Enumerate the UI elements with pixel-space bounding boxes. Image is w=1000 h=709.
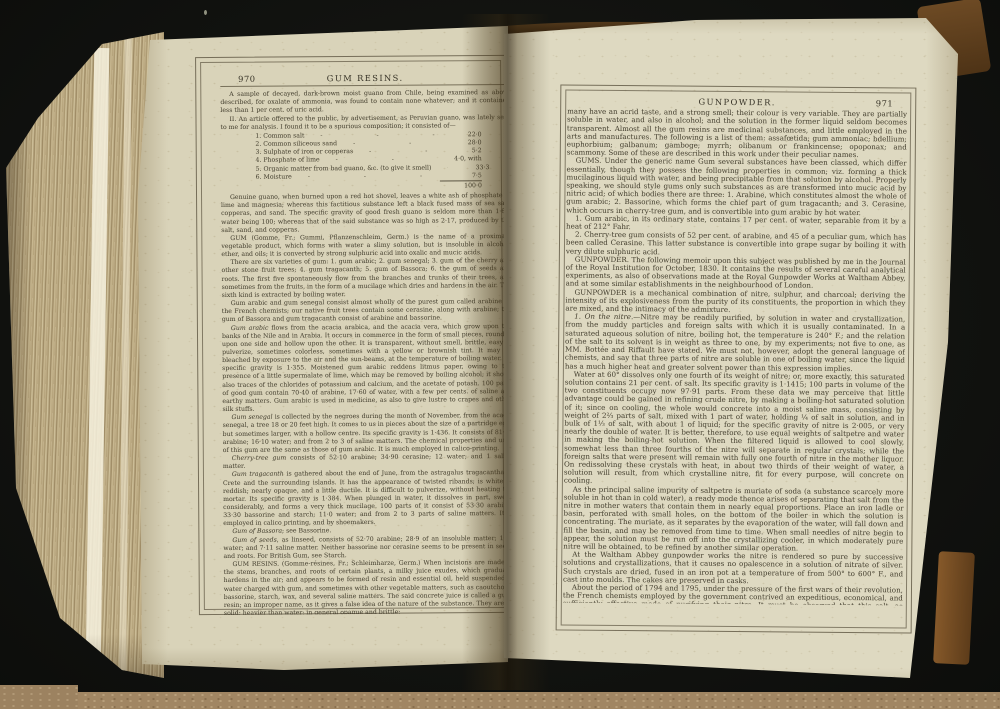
paragraph: A sample of decayed, dark-brown moist gu… bbox=[220, 89, 510, 115]
table-surface bbox=[0, 692, 1000, 709]
paragraph: GUNPOWDER. The following memoir upon thi… bbox=[566, 255, 906, 291]
dust-speck bbox=[204, 10, 207, 15]
paragraph: Cherry-tree gum consists of 52·10 arabin… bbox=[223, 453, 513, 471]
composition-value: 4·0, with bbox=[440, 156, 482, 164]
running-title: GUNPOWDER. bbox=[698, 98, 775, 107]
left-page-paragraphs-bottom: Genuine guano, when burned upon a red ho… bbox=[221, 192, 514, 615]
left-page: 970 GUM RESINS. A sample of decayed, dar… bbox=[134, 24, 508, 674]
paragraph: Gum arabic and gum senegal consist almos… bbox=[222, 298, 512, 324]
paragraph-lead: 1. On the nitre.— bbox=[574, 312, 640, 322]
paragraph-lead: Gum of seeds bbox=[232, 536, 276, 543]
paragraph: Gum of seeds, as linseed, consists of 52… bbox=[223, 535, 513, 561]
right-page: GUNPOWDER. 971 many have an acrid taste,… bbox=[496, 12, 964, 692]
leader-dashes: - - - - - - - bbox=[292, 172, 440, 181]
paragraph: Gum arabic flows from the acacia arabica… bbox=[222, 323, 513, 415]
page-number: 970 bbox=[220, 74, 327, 83]
composition-value: 100·0 bbox=[440, 180, 482, 190]
paragraph: Genuine guano, when burned upon a red ho… bbox=[221, 192, 511, 235]
paragraph: GUM RESINS. (Gomme-résines, Fr.; Schleim… bbox=[224, 559, 514, 615]
running-title: GUM RESINS. bbox=[327, 74, 404, 83]
leader-dashes: - - - - - - - bbox=[431, 164, 447, 172]
composition-value: 5·2 bbox=[440, 147, 482, 155]
leader-dashes bbox=[256, 187, 440, 188]
right-page-paragraphs: many have an acrid taste, and a strong s… bbox=[563, 108, 907, 606]
paragraph: Gum tragacanth is gathered about the end… bbox=[223, 469, 513, 528]
paragraph: At the Waltham Abbey gunpowder works the… bbox=[563, 551, 903, 587]
paragraph: 1. On the nitre.—Nitre may be readily pu… bbox=[565, 313, 905, 373]
paragraph: There are six varieties of gum: 1. gum a… bbox=[221, 257, 511, 300]
paragraph-lead: Gum tragacanth bbox=[232, 471, 284, 478]
paragraph: GUM (Gomme, Fr.; Gummi, Pflanzenschleim,… bbox=[221, 233, 511, 259]
book-photograph: 970 GUM RESINS. A sample of decayed, dar… bbox=[0, 0, 1000, 709]
left-page-text-column: 970 GUM RESINS. A sample of decayed, dar… bbox=[220, 73, 514, 615]
composition-value: 7·5 bbox=[440, 172, 482, 180]
paragraph: II. An article offered to the public, by… bbox=[220, 114, 510, 132]
paragraph: As the principal saline impurity of salt… bbox=[563, 485, 904, 554]
paragraph-lead: Gum of Bassora bbox=[232, 528, 282, 535]
leather-cover-right-edge bbox=[933, 551, 975, 665]
composition-value: 28·0 bbox=[440, 139, 482, 147]
composition-list: 1. Common salt- - - - - - -22·02. Common… bbox=[255, 131, 482, 192]
page-number: 971 bbox=[776, 98, 907, 107]
paragraph: GUMS. Under the generic name Gum several… bbox=[566, 157, 906, 217]
table-surface-corner bbox=[0, 685, 78, 709]
paragraph: many have an acrid taste, and a strong s… bbox=[567, 108, 907, 160]
left-page-paragraphs-top: A sample of decayed, dark-brown moist gu… bbox=[220, 89, 510, 132]
paragraph-lead: Gum arabic bbox=[231, 324, 269, 331]
composition-value: 22·0 bbox=[440, 131, 482, 139]
paragraph: Water at 60° dissolves only one fourth o… bbox=[564, 370, 905, 488]
right-page-text-column: GUNPOWDER. 971 many have an acrid taste,… bbox=[563, 97, 907, 606]
paragraph: Gum senegal is collected by the negroes … bbox=[222, 412, 512, 455]
paragraph: About the period of 1794 and 1795, under… bbox=[563, 583, 903, 605]
header-spacer bbox=[567, 104, 698, 105]
left-page-header: 970 GUM RESINS. bbox=[220, 73, 510, 83]
header-rule bbox=[220, 84, 510, 87]
paragraph-lead: Gum senegal bbox=[231, 414, 272, 421]
composition-value: 33·3 bbox=[447, 164, 489, 172]
composition-label: 6. Moisture bbox=[256, 173, 292, 181]
header-spacer bbox=[404, 80, 511, 81]
paragraph-lead: Cherry-tree gum bbox=[232, 455, 286, 462]
composition-total-row: 100·0 bbox=[256, 180, 482, 192]
right-page-header: GUNPOWDER. 971 bbox=[567, 97, 907, 108]
